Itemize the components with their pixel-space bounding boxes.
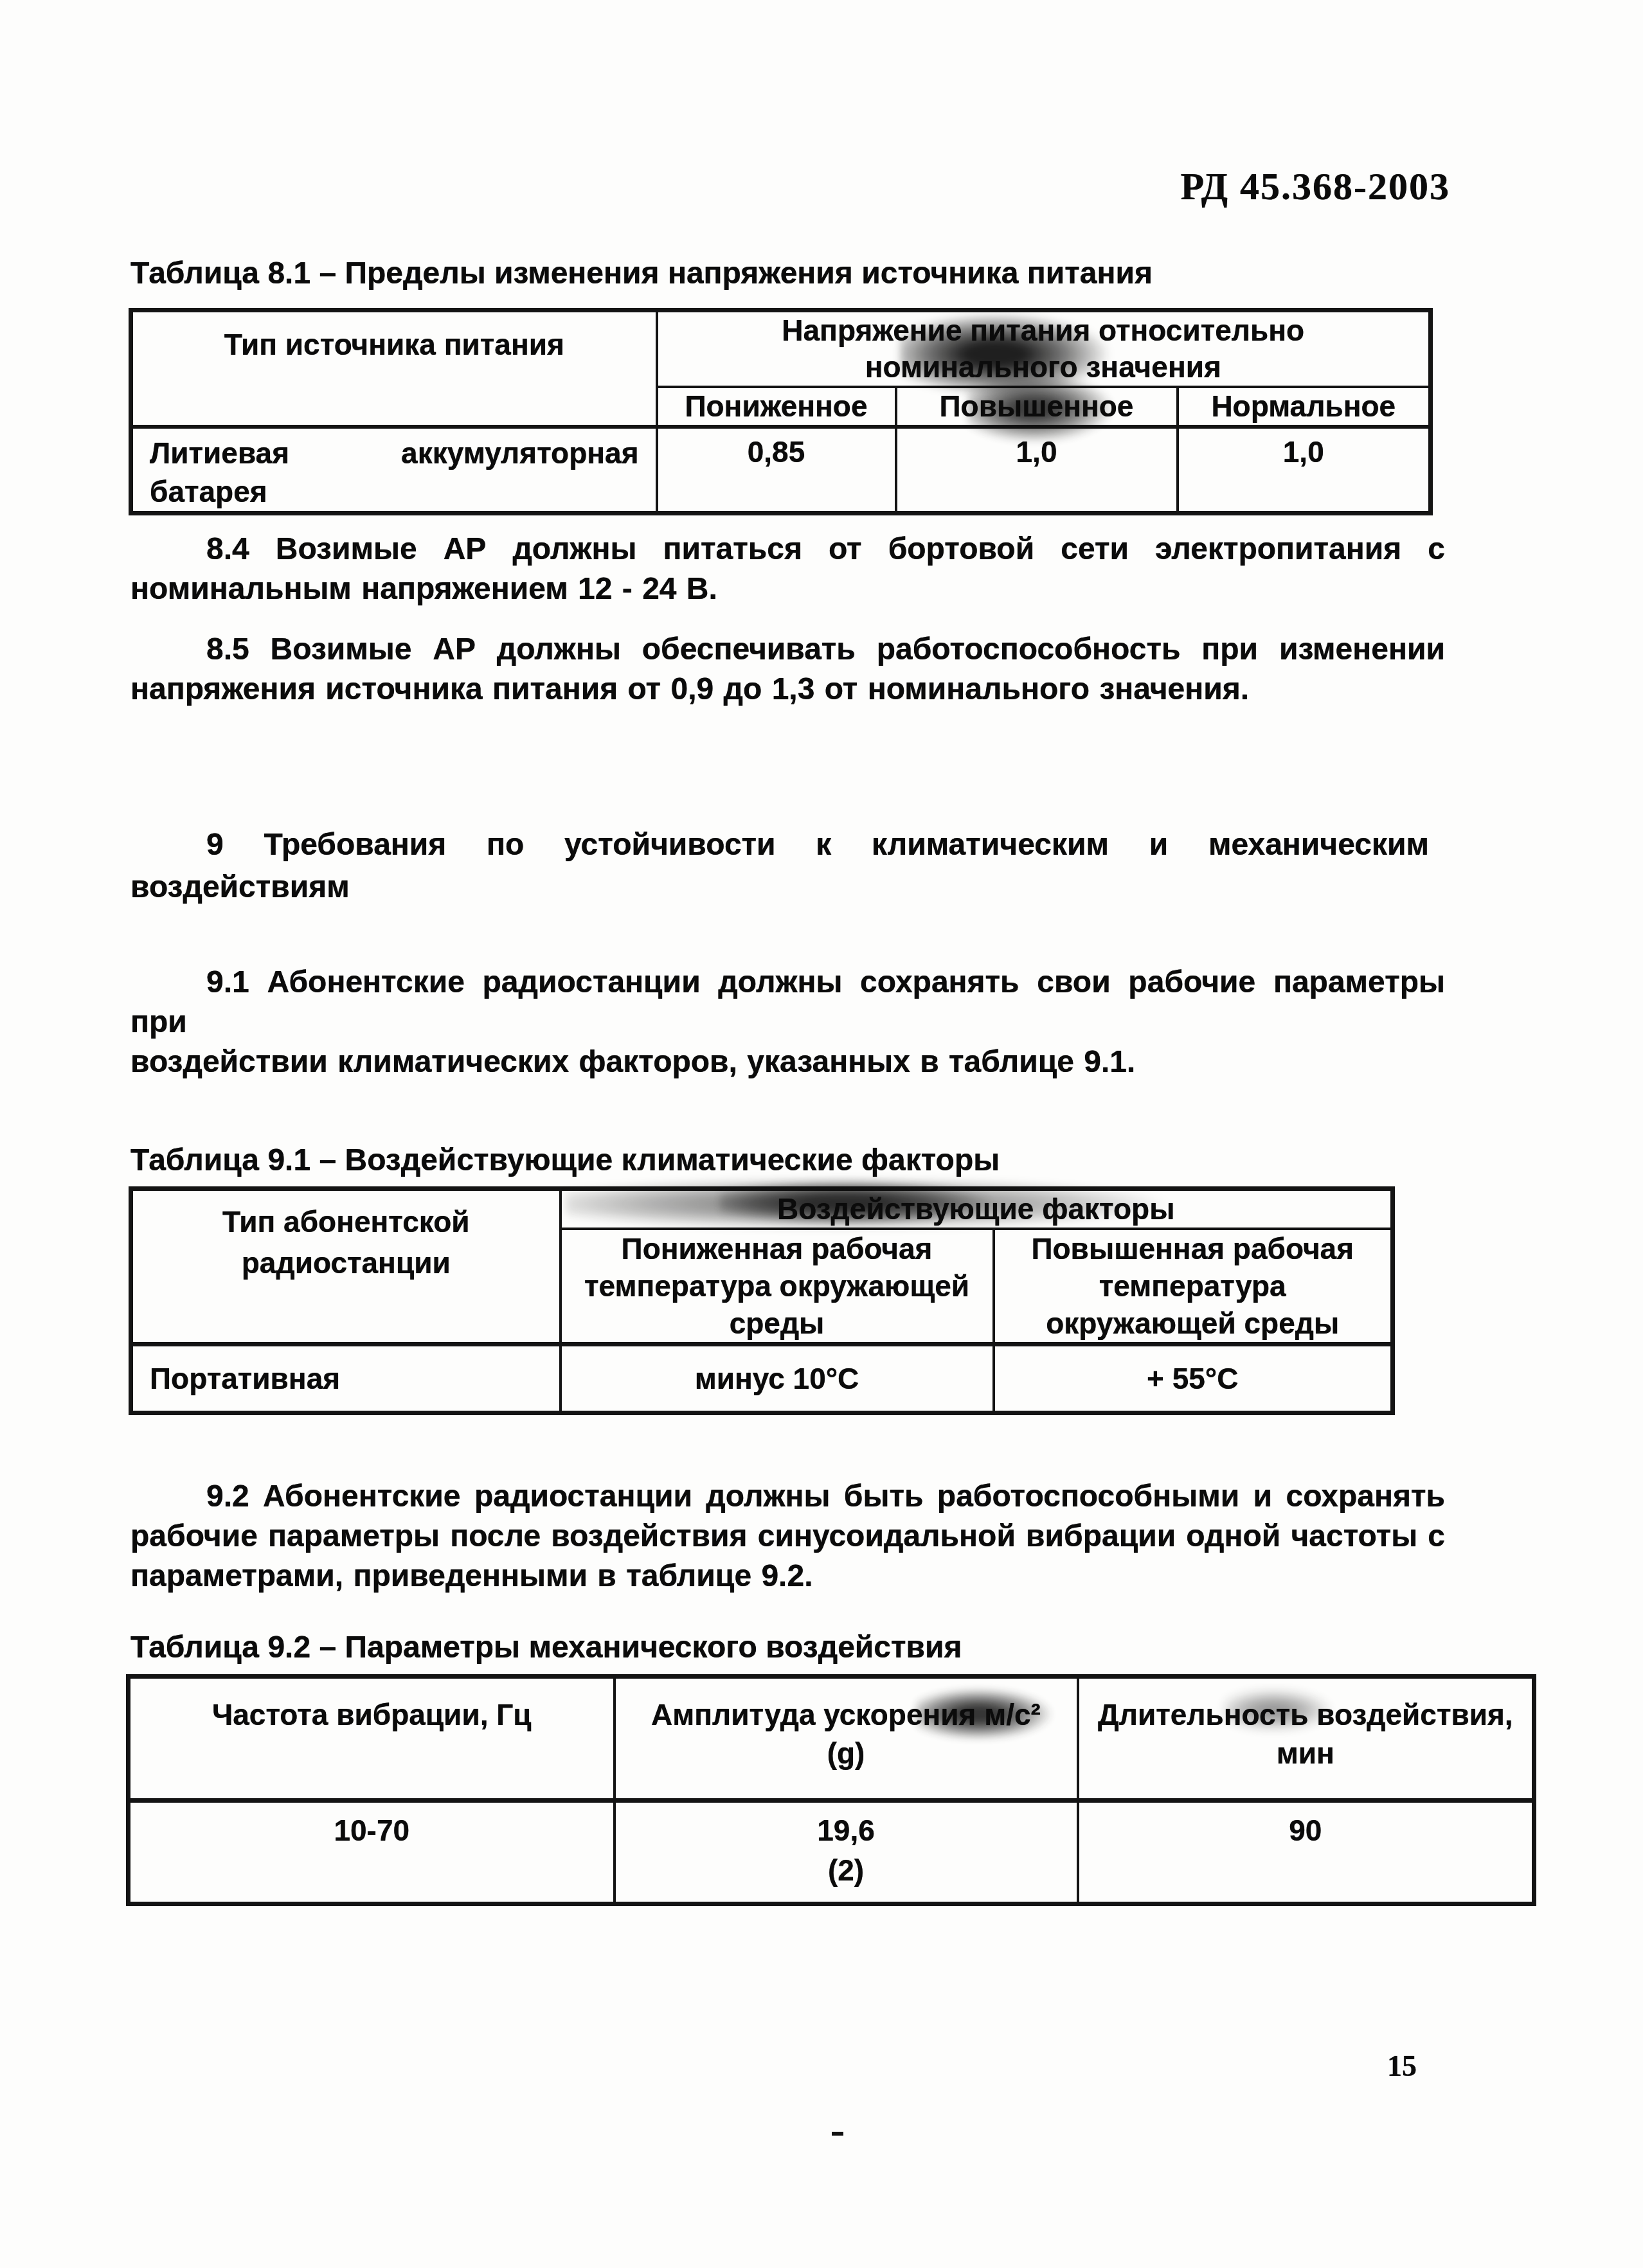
table-9-1-caption: Таблица 9.1 – Воздействующие климатическ… [130, 1143, 1000, 1178]
table-9-1: Тип абонентской радиостанции Воздействую… [129, 1186, 1395, 1415]
table-9-2-header-amplitude: Амплитуда ускорения м/с² (g) [615, 1677, 1078, 1801]
scan-artifact-mark [832, 2132, 843, 2136]
table-9-1-group-header: Воздействующие факторы [561, 1189, 1393, 1229]
table-9-1-subheader-high-temp: Повышенная рабочая температура окружающе… [994, 1229, 1393, 1344]
scanned-document-page: РД 45.368-2003 Таблица 8.1 – Пределы изм… [0, 0, 1643, 2268]
table-9-1-subheader-low-temp: Пониженная рабочая температура окружающе… [561, 1229, 994, 1344]
page-number: 15 [1387, 2049, 1417, 2083]
paragraph-9-2: 9.2 Абонентские радиостанции должны быть… [130, 1477, 1445, 1596]
table-row: 10-70 19,6 (2) 90 [129, 1801, 1534, 1904]
table-8-1-subheader-normal: Нормальное [1178, 387, 1431, 427]
table-9-1-col-type-header: Тип абонентской радиостанции [131, 1189, 561, 1344]
paragraph-8-4: 8.4 Возимые АР должны питаться от бортов… [130, 530, 1445, 609]
table-8-1-value-raised: 1,0 [896, 427, 1178, 513]
document-code-header: РД 45.368-2003 [1181, 165, 1451, 209]
table-9-2-value-amplitude: 19,6 (2) [615, 1801, 1078, 1904]
table-8-1-subheader-raised: Повышенное [896, 387, 1178, 427]
paragraph-9-1: 9.1 Абонентские радиостанции должны сохр… [130, 963, 1445, 1082]
section-9-heading: 9 Требования по устойчивости к климатиче… [130, 824, 1429, 909]
table-9-2-caption: Таблица 9.2 – Параметры механического во… [130, 1630, 962, 1665]
table-9-2-header-frequency: Частота вибрации, Гц [129, 1677, 615, 1801]
table-9-2-header-duration: Длительность воздействия, мин [1078, 1677, 1534, 1801]
table-9-1-value-low-temp: минус 10°С [561, 1344, 994, 1413]
table-8-1-row-type: Литиевая аккумуляторнаябатарея [131, 427, 657, 513]
table-9-2-value-duration: 90 [1078, 1801, 1534, 1904]
table-9-1-value-high-temp: + 55°С [994, 1344, 1393, 1413]
table-8-1-value-lowered: 0,85 [657, 427, 896, 513]
table-8-1-col-type-header: Тип источника питания [131, 310, 657, 427]
table-row: Литиевая аккумуляторнаябатарея 0,85 1,0 … [131, 427, 1431, 513]
table-8-1: Тип источника питания Напряжение питания… [129, 308, 1433, 515]
paragraph-8-5: 8.5 Возимые АР должны обеспечивать работ… [130, 630, 1445, 710]
table-9-1-row-type: Портативная [131, 1344, 561, 1413]
table-9-2: Частота вибрации, Гц Амплитуда ускорения… [126, 1674, 1536, 1906]
table-8-1-value-normal: 1,0 [1178, 427, 1431, 513]
table-9-2-value-frequency: 10-70 [129, 1801, 615, 1904]
table-8-1-caption: Таблица 8.1 – Пределы изменения напряжен… [130, 256, 1153, 291]
table-row: Портативная минус 10°С + 55°С [131, 1344, 1393, 1413]
table-8-1-subheader-lowered: Пониженное [657, 387, 896, 427]
table-8-1-group-header: Напряжение питания относительно номиналь… [657, 310, 1431, 388]
